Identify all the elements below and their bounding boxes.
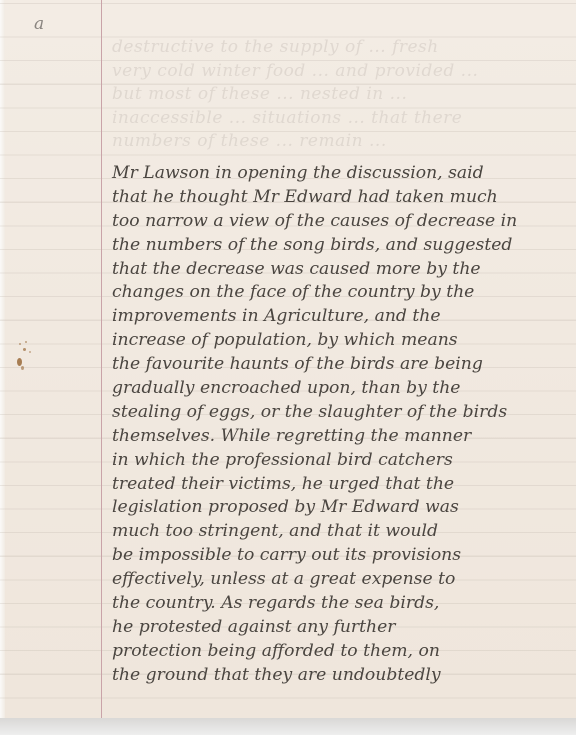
text-line: effectively, unless at a great expense t…: [112, 568, 576, 592]
ink-stain: [23, 348, 26, 351]
scan-background: [0, 718, 576, 735]
text-line: themselves. While regretting the manner: [112, 425, 576, 449]
handwritten-text: Mr Lawson in opening the discussion, sai…: [112, 162, 576, 688]
bleed-through-text: destructive to the supply of ... fresh v…: [112, 36, 576, 154]
text-line: too narrow a view of the causes of decre…: [112, 210, 576, 234]
ink-stain: [29, 351, 31, 353]
bleed-line: destructive to the supply of ... fresh: [112, 36, 576, 60]
text-line: much too stringent, and that it would: [112, 520, 576, 544]
text-line: stealing of eggs, or the slaughter of th…: [112, 401, 576, 425]
text-line: improvements in Agriculture, and the: [112, 305, 576, 329]
ink-stain: [25, 341, 27, 343]
manuscript-page: a destructive to the supply of ... fresh…: [0, 0, 576, 718]
text-line: he protested against any further: [112, 616, 576, 640]
bleed-line: numbers of these ... remain ...: [112, 130, 576, 154]
text-line: Mr Lawson in opening the discussion, sai…: [112, 162, 576, 186]
text-line: the country. As regards the sea birds,: [112, 592, 576, 616]
ink-stain: [17, 358, 22, 366]
text-line: gradually encroached upon, than by the: [112, 377, 576, 401]
page-label: a: [34, 14, 44, 34]
ink-stain: [21, 366, 24, 370]
text-line: the numbers of the song birds, and sugge…: [112, 234, 576, 258]
bleed-line: very cold winter food ... and provided .…: [112, 60, 576, 84]
text-line: that the decrease was caused more by the: [112, 258, 576, 282]
text-line: be impossible to carry out its provision…: [112, 544, 576, 568]
bleed-line: inaccessible ... situations ... that the…: [112, 107, 576, 131]
text-line: increase of population, by which means: [112, 329, 576, 353]
text-line: that he thought Mr Edward had taken much: [112, 186, 576, 210]
bleed-line: but most of these ... nested in ...: [112, 83, 576, 107]
text-line: protection being afforded to them, on: [112, 640, 576, 664]
ink-stain: [19, 343, 21, 345]
text-line: in which the professional bird catchers: [112, 449, 576, 473]
text-line: the ground that they are undoubtedly: [112, 664, 576, 688]
text-line: changes on the face of the country by th…: [112, 281, 576, 305]
margin-rule: [101, 0, 102, 718]
text-line: legislation proposed by Mr Edward was: [112, 496, 576, 520]
text-line: treated their victims, he urged that the: [112, 473, 576, 497]
text-line: the favourite haunts of the birds are be…: [112, 353, 576, 377]
